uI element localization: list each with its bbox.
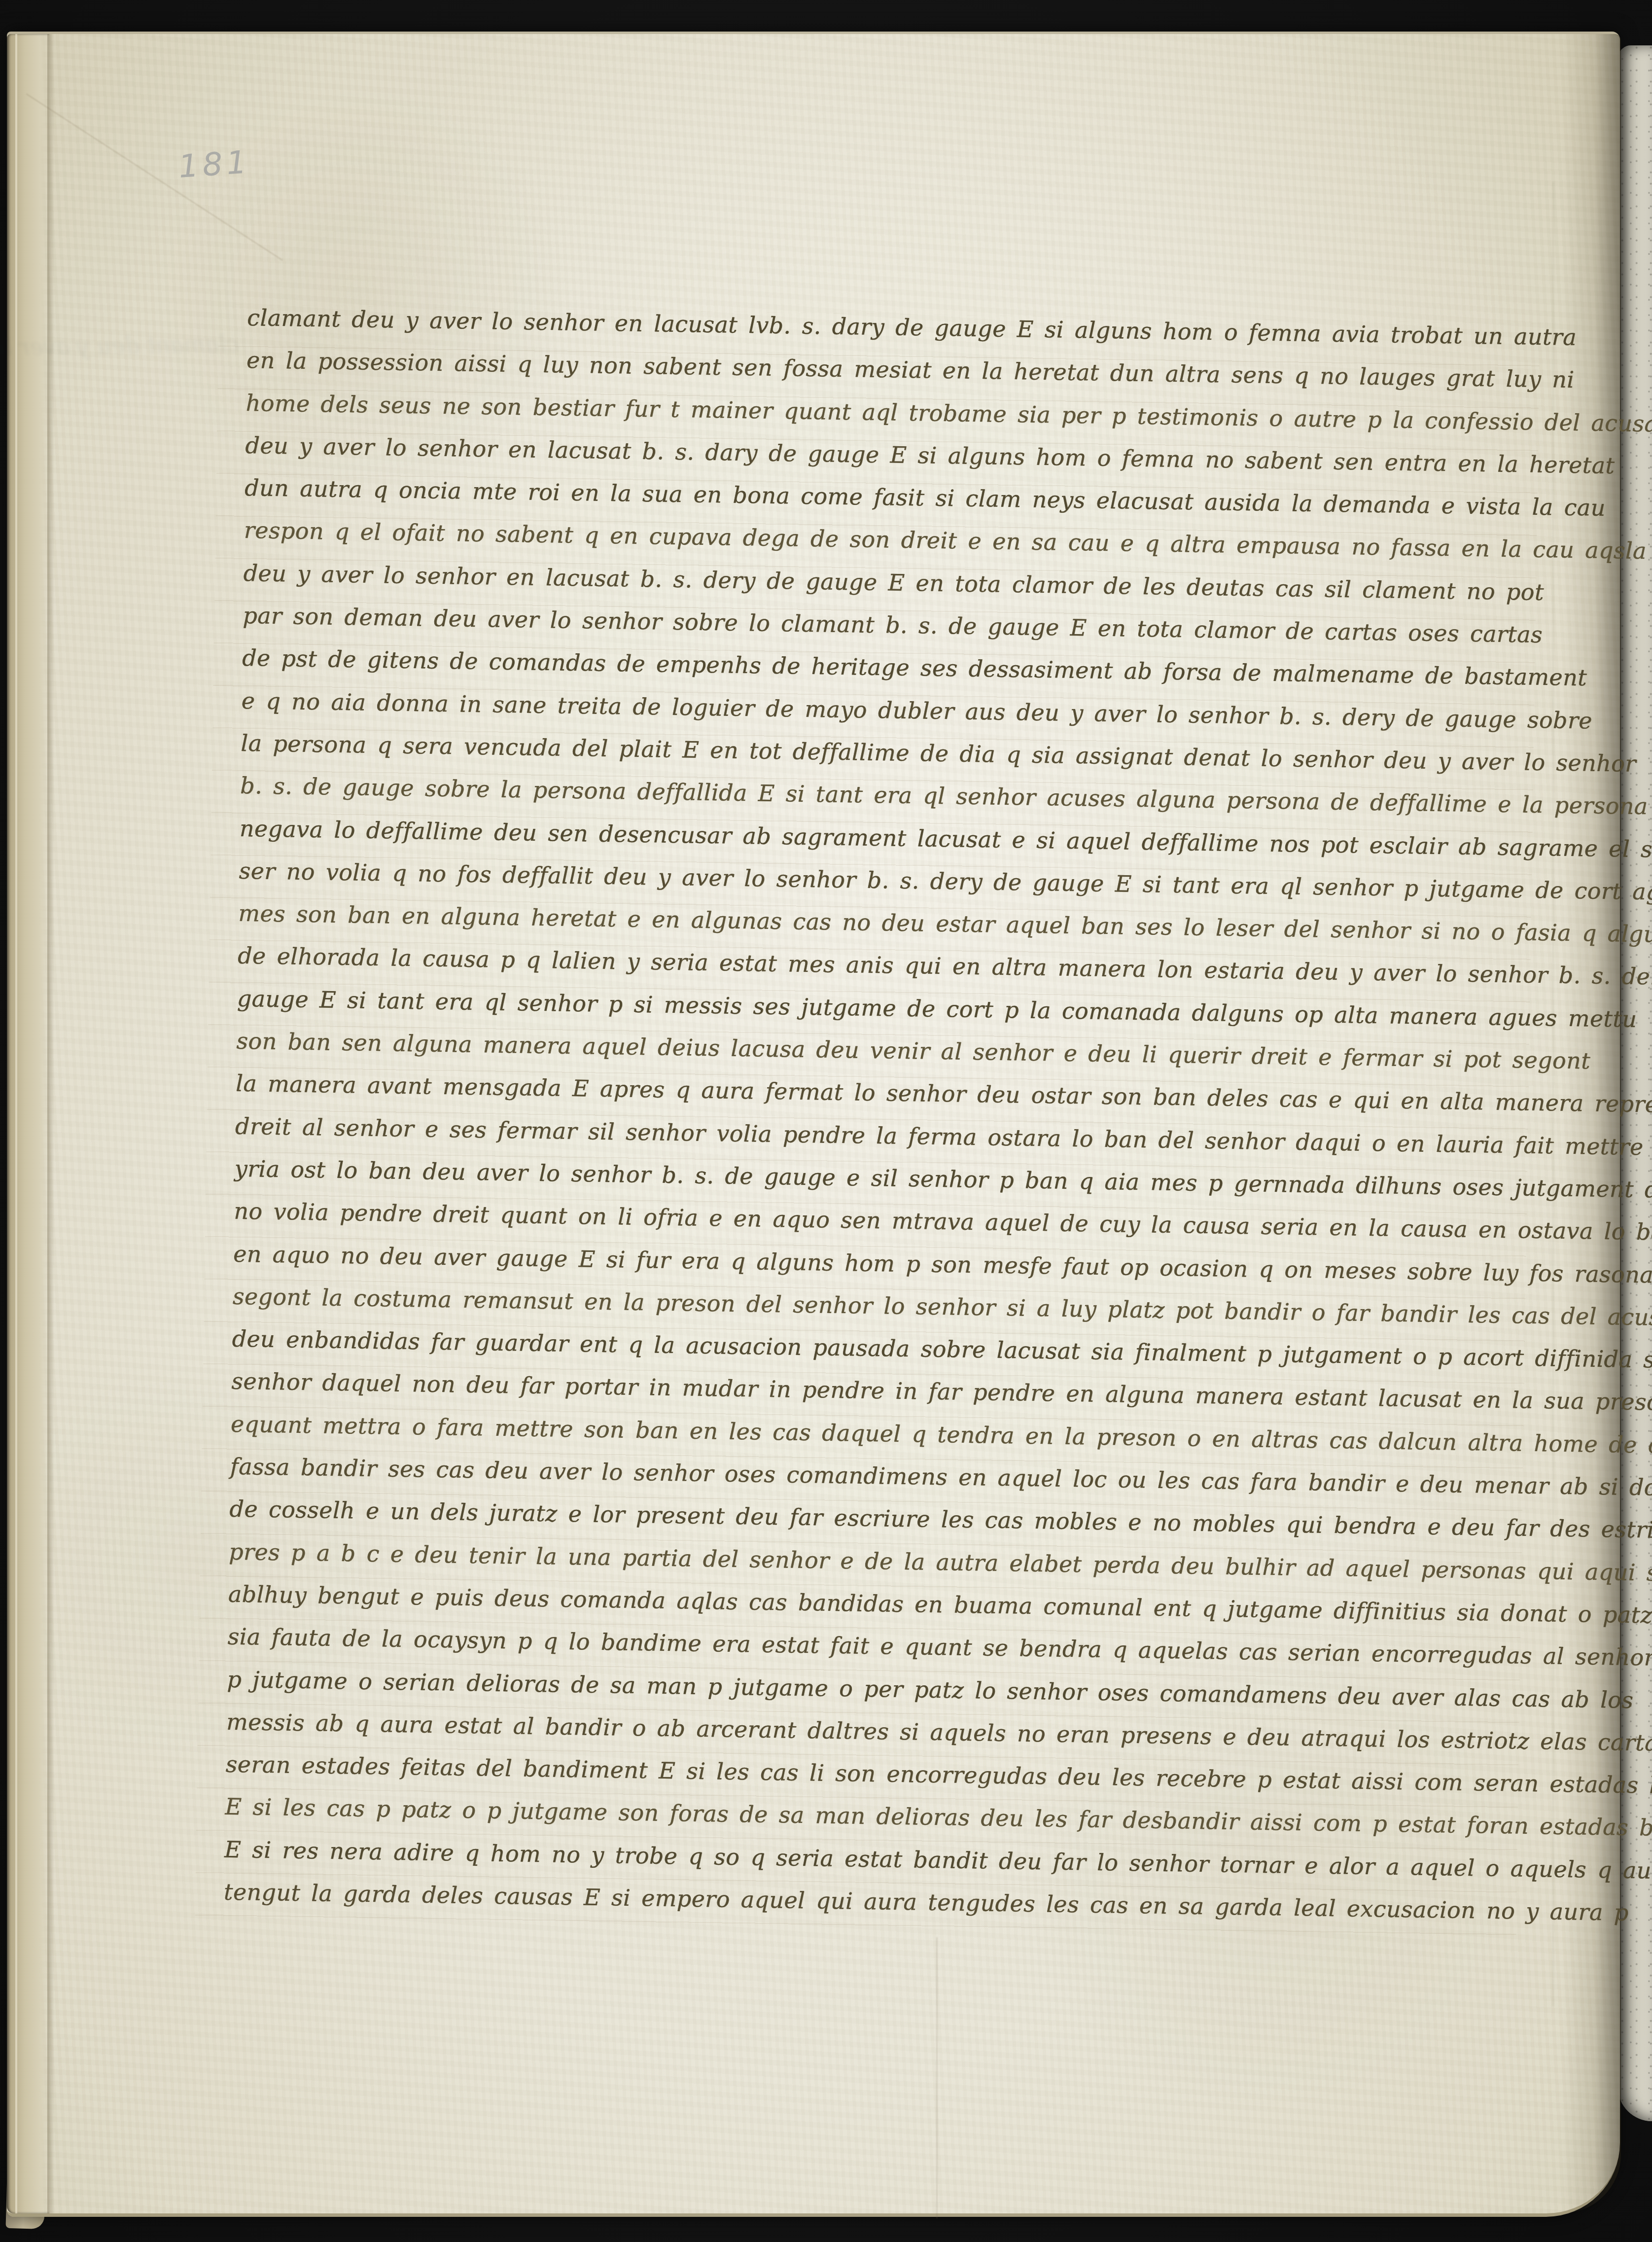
- manuscript-page: 181 clamant deu y aver lo senhor en lacu…: [7, 32, 1620, 2217]
- parchment-crease-vertical: [936, 1937, 938, 2218]
- gutter-crease-shadow: [47, 34, 54, 2213]
- underlying-leaf-edge-right: [1618, 45, 1652, 2121]
- pencil-folio-number: 181: [177, 144, 252, 185]
- manuscript-text-block: clamant deu y aver lo senhor en lacusat …: [223, 296, 1493, 1931]
- gutter-crease-highlight: [15, 34, 17, 2213]
- binding-gutter: [7, 34, 49, 2213]
- page-fold-shadow: [1562, 34, 1621, 2213]
